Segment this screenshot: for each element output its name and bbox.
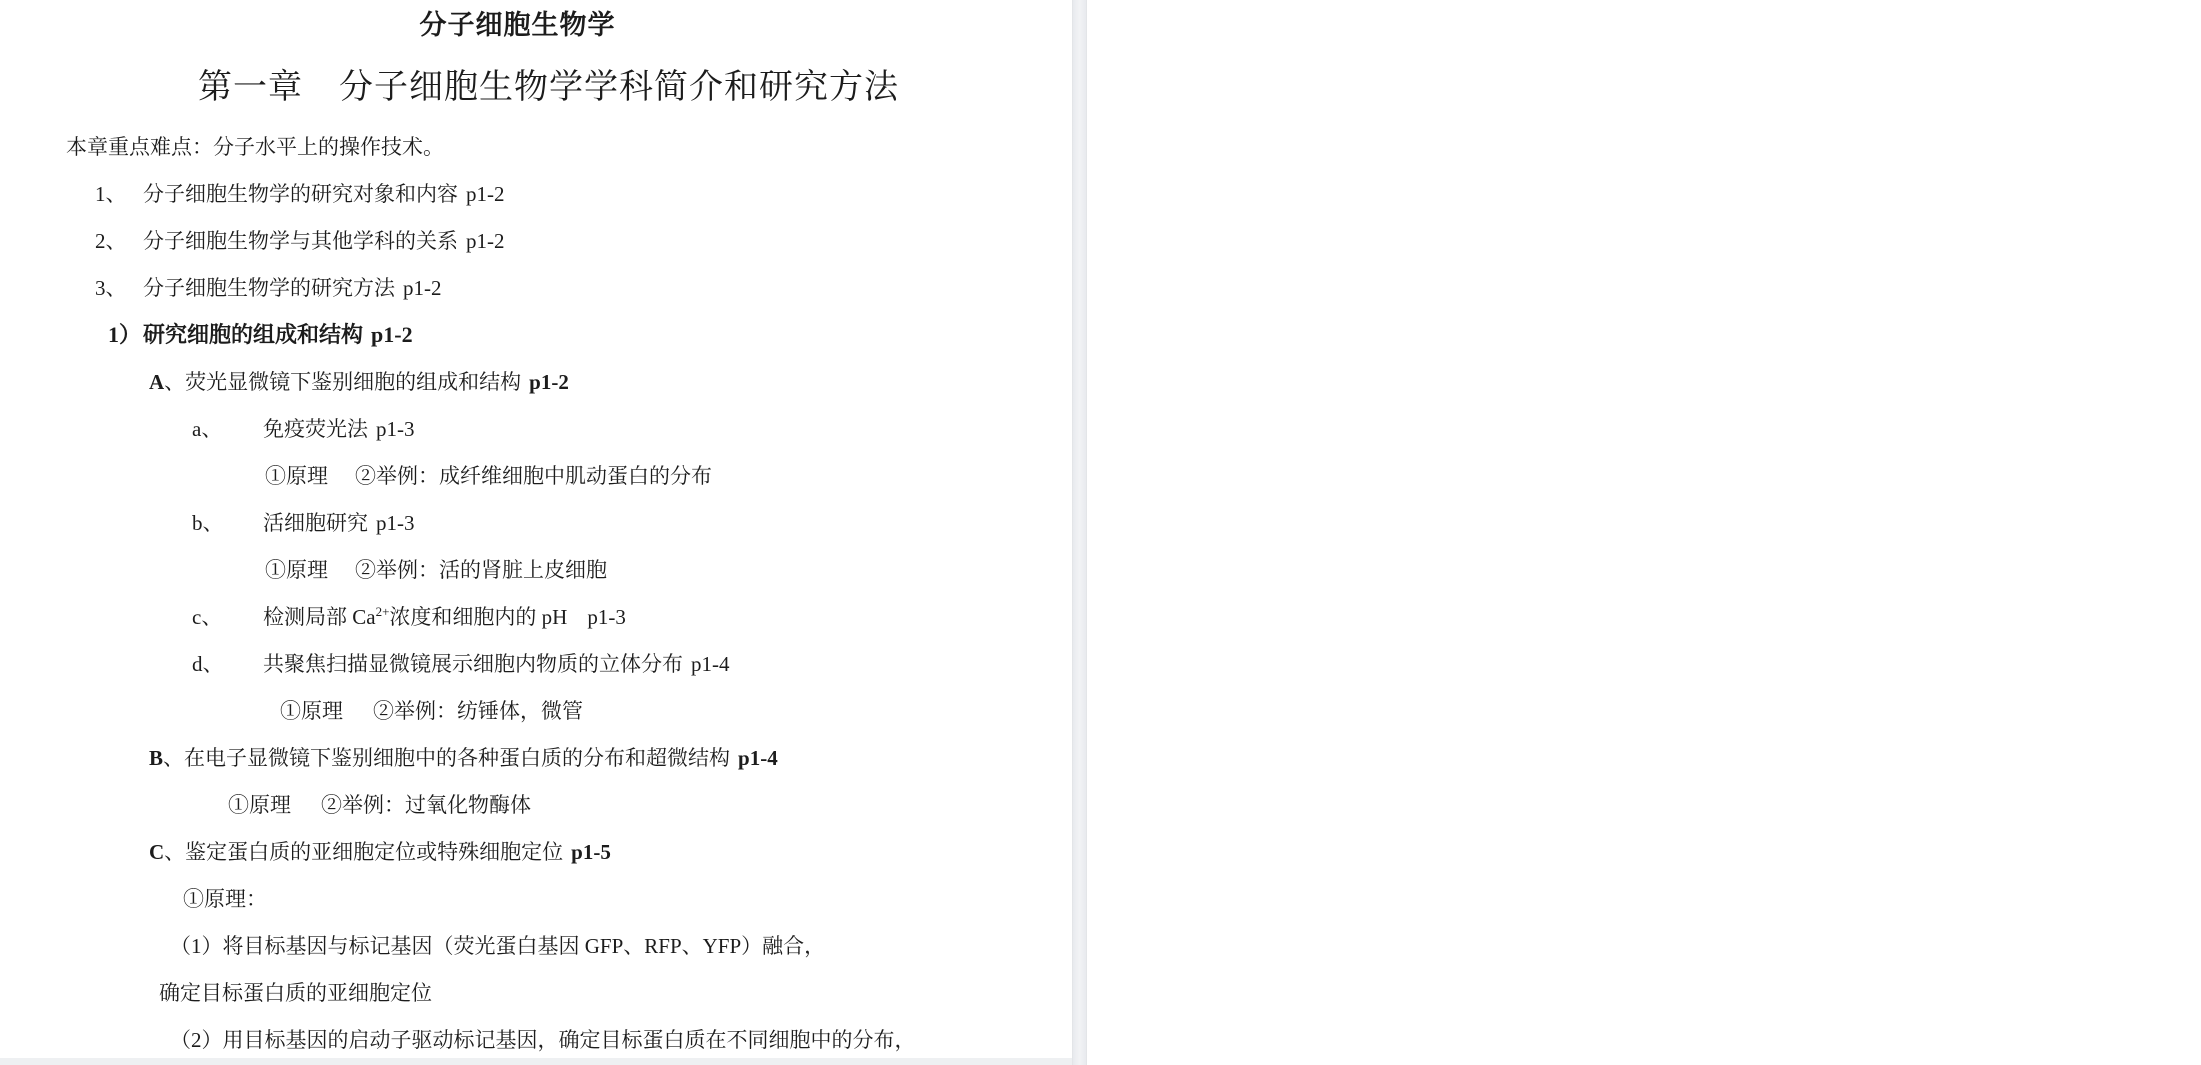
item-c-line: c、检测局部 Ca2+浓度和细胞内的 pHp1-3 — [192, 602, 626, 632]
toc-item-2: 2、分子细胞生物学与其他学科的关系p1-2 — [95, 226, 505, 256]
item-text: 共聚焦扫描显微镜展示细胞内物质的立体分布 — [263, 652, 683, 676]
item-number: 3、 — [95, 273, 143, 303]
item-text: 分子细胞生物学的研究对象和内容 — [143, 182, 458, 206]
detail-B-line: ①原理②举例：过氧化物酶体 — [228, 790, 531, 820]
page-ref: p1-4 — [691, 652, 730, 676]
item-text: 分子细胞生物学与其他学科的关系 — [143, 229, 458, 253]
page-gap-divider — [1072, 0, 1087, 1065]
toc-item-3: 3、分子细胞生物学的研究方法p1-2 — [95, 273, 442, 303]
chapter-number: 第一章 — [198, 69, 303, 106]
item-letter: A — [149, 370, 164, 394]
document-viewer: { "colors": {"text":"#1c1c1c","page_bg":… — [0, 0, 2201, 1065]
item-B-heading: B、在电子显微镜下鉴别细胞中的各种蛋白质的分布和超微结构p1-4 — [149, 743, 778, 773]
item-text: 分子细胞生物学的研究方法 — [143, 276, 395, 300]
item-number: c、 — [192, 602, 263, 632]
intro-line: 本章重点难点：分子水平上的操作技术。 — [66, 132, 444, 162]
page-ref: p1-2 — [371, 322, 413, 347]
item-letter: B — [149, 746, 163, 770]
item-text: 、在电子显微镜下鉴别细胞中的各种蛋白质的分布和超微结构 — [163, 746, 730, 770]
principle-label: ①原理 — [265, 558, 328, 582]
c-sub-2-line: （2）用目标基因的启动子驱动标记基因，确定目标蛋白质在不同细胞中的分布， — [170, 1025, 916, 1055]
superscript: 2+ — [376, 604, 390, 619]
item-letter: C — [149, 840, 164, 864]
item-number: 1、 — [95, 179, 143, 209]
item-number: a、 — [192, 414, 263, 444]
example-text: ②举例：过氧化物酶体 — [321, 793, 531, 817]
example-text: ②举例：活的肾脏上皮细胞 — [355, 558, 607, 582]
page-ref: p1-3 — [376, 417, 415, 441]
chapter-title: 分子细胞生物学学科简介和研究方法 — [339, 69, 899, 106]
item-C-heading: C、鉴定蛋白质的亚细胞定位或特殊细胞定位p1-5 — [149, 837, 611, 867]
c-sub-1b-line: 确定目标蛋白质的亚细胞定位 — [159, 978, 432, 1008]
item-text: 免疫荧光法 — [263, 417, 368, 441]
item-b-line: b、活细胞研究p1-3 — [192, 508, 415, 538]
principle-label: ①原理 — [228, 793, 291, 817]
detail-a-line: ①原理②举例：成纤维细胞中肌动蛋白的分布 — [265, 461, 712, 491]
page-ref: p1-5 — [571, 840, 611, 864]
example-text: ②举例：成纤维细胞中肌动蛋白的分布 — [355, 464, 712, 488]
chapter-heading: 第一章分子细胞生物学学科简介和研究方法 — [198, 64, 899, 112]
page-right: ③举例：GUS，葡糖醛酸酶，可催化化学反应，加入底物后有 GUS 表达的位置显蓝… — [1087, 0, 2201, 1065]
page-ref: p1-2 — [529, 370, 569, 394]
doc-title: 分子细胞生物学 — [0, 8, 1035, 42]
item-text: 、荧光显微镜下鉴别细胞的组成和结构 — [164, 370, 521, 394]
page-ref: p1-2 — [466, 229, 505, 253]
detail-b-line: ①原理②举例：活的肾脏上皮细胞 — [265, 555, 607, 585]
section-1-heading: 1）研究细胞的组成和结构p1-2 — [108, 318, 413, 352]
c-sub-1-line: （1）将目标基因与标记基因（荧光蛋白基因 GFP、RFP、YFP）融合， — [170, 931, 825, 961]
page-ref: p1-2 — [466, 182, 505, 206]
item-number: 2、 — [95, 226, 143, 256]
page-ref: p1-3 — [376, 511, 415, 535]
item-text-pre: 检测局部 Ca — [263, 605, 376, 629]
item-a-line: a、免疫荧光法p1-3 — [192, 414, 415, 444]
detail-C-line: ①原理： — [183, 884, 267, 914]
page-ref: p1-2 — [403, 276, 442, 300]
page-ref: p1-4 — [738, 746, 778, 770]
principle-label: ①原理 — [280, 699, 343, 723]
section-number: 1） — [108, 318, 143, 352]
item-A-heading: A、荧光显微镜下鉴别细胞的组成和结构p1-2 — [149, 367, 569, 397]
toc-item-1: 1、分子细胞生物学的研究对象和内容p1-2 — [95, 179, 505, 209]
example-text: ②举例：纺锤体，微管 — [373, 699, 583, 723]
item-d-line: d、共聚焦扫描显微镜展示细胞内物质的立体分布p1-4 — [192, 649, 730, 679]
item-number: d、 — [192, 649, 263, 679]
page-bottom-edge — [0, 1058, 1072, 1065]
item-text: 、鉴定蛋白质的亚细胞定位或特殊细胞定位 — [164, 840, 563, 864]
section-title: 研究细胞的组成和结构 — [143, 322, 363, 347]
item-text: 活细胞研究 — [263, 511, 368, 535]
page-ref: p1-3 — [587, 605, 626, 629]
principle-label: ①原理 — [265, 464, 328, 488]
item-text-post: 浓度和细胞内的 pH — [389, 605, 567, 629]
detail-d-line: ①原理②举例：纺锤体，微管 — [280, 696, 583, 726]
item-number: b、 — [192, 508, 263, 538]
page-left: 分子细胞生物学 第一章分子细胞生物学学科简介和研究方法 本章重点难点：分子水平上… — [0, 0, 1072, 1065]
